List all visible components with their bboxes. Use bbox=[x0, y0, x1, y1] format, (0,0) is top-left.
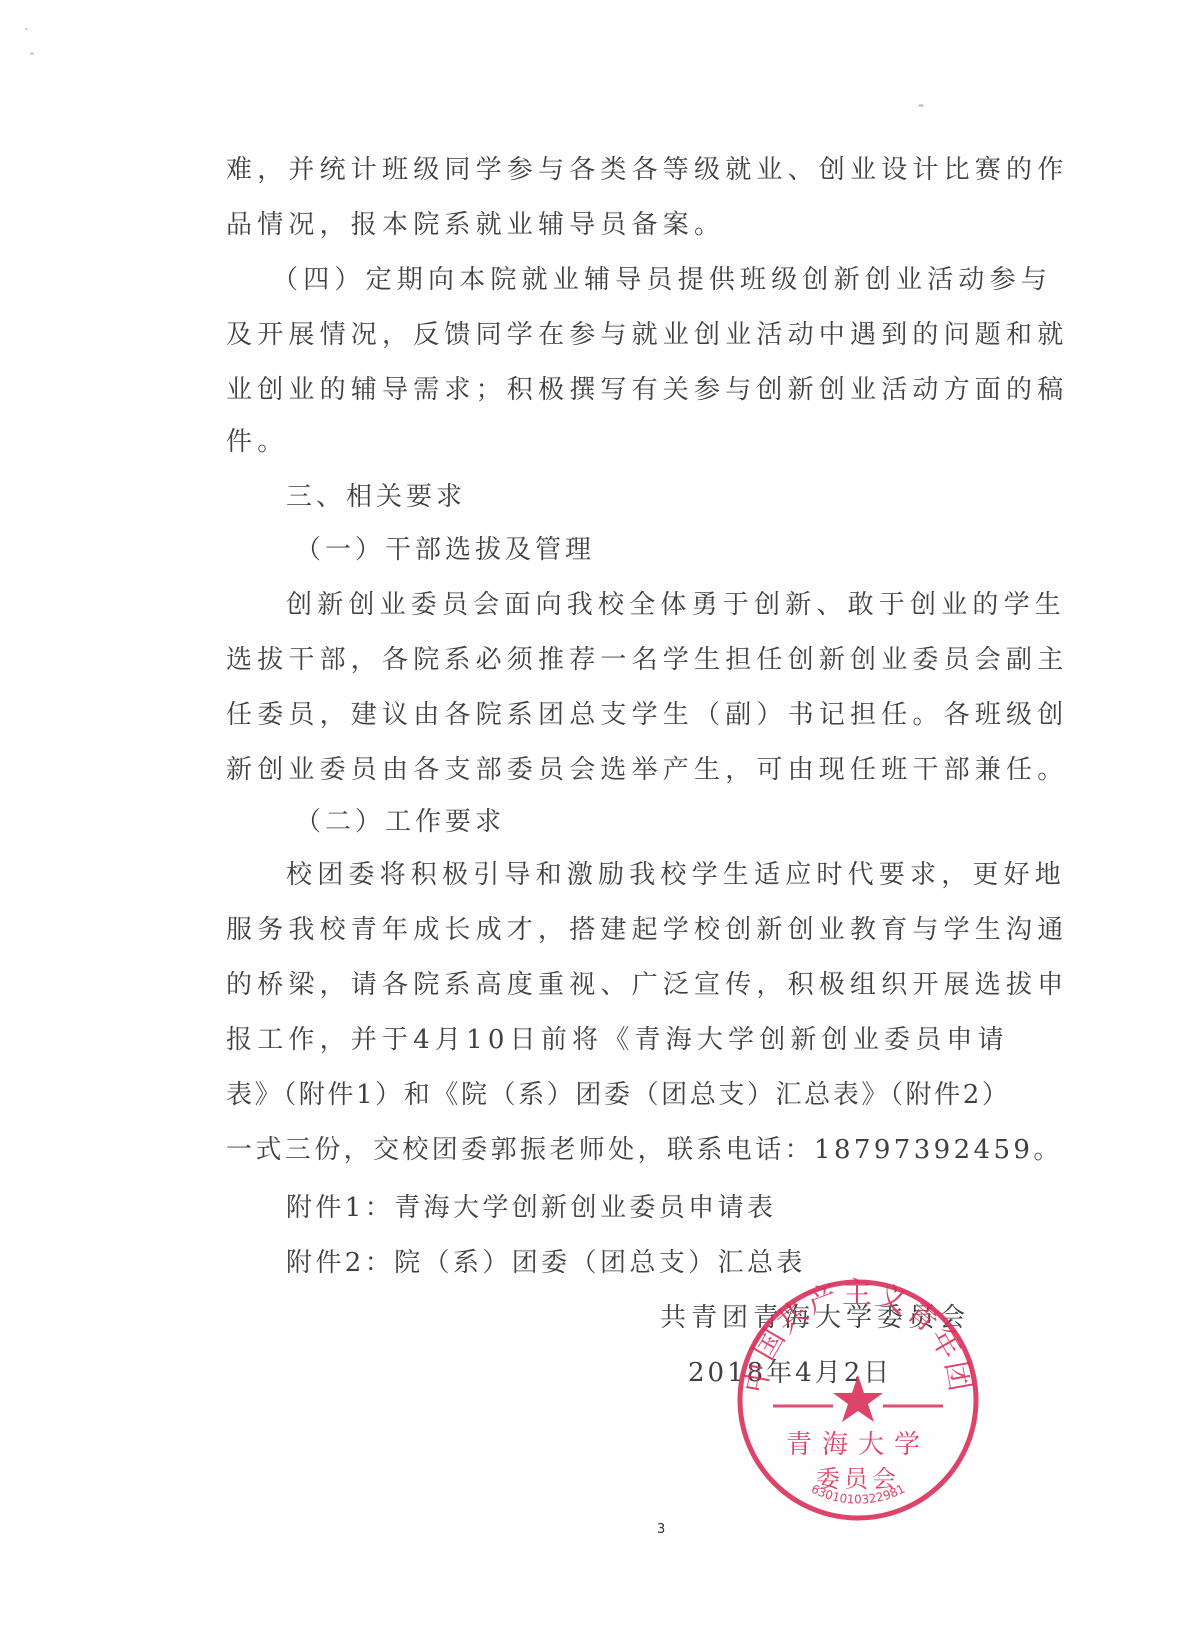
body-line: 件。 bbox=[226, 427, 288, 457]
body-line-contact: 一式三份，交校团委郭振老师处，联系电话：18797392459。 bbox=[226, 1135, 1063, 1165]
body-line: 校团委将积极引导和激励我校学生适应时代要求，更好地 bbox=[286, 860, 1066, 890]
subsection-heading-work: （二）工作要求 bbox=[295, 807, 505, 837]
page-number: 3 bbox=[657, 1522, 665, 1537]
body-line: 新创业委员由各支部委员会选举产生，可由现任班干部兼任。 bbox=[226, 755, 1068, 785]
section-heading-requirements: 三、相关要求 bbox=[286, 482, 466, 512]
body-line: 任委员，建议由各院系团总支学生（副）书记担任。各班级创 bbox=[226, 700, 1068, 730]
body-line: 服务我校青年成长成才，搭建起学校创新创业教育与学生沟通 bbox=[226, 915, 1068, 945]
body-line: 表》（附件1）和《院（系）团委（团总支）汇总表》（附件2） bbox=[226, 1080, 1011, 1110]
scan-speck bbox=[918, 104, 924, 107]
body-line: 报工作，并于4月10日前将《青海大学创新创业委员申请 bbox=[226, 1025, 1009, 1055]
attachment-1: 附件1：青海大学创新创业委员申请表 bbox=[286, 1193, 776, 1223]
body-line: 业创业的辅导需求；积极撰写有关参与创新创业活动方面的稿 bbox=[226, 375, 1068, 405]
scan-speck bbox=[30, 52, 34, 55]
attachment-2: 附件2：院（系）团委（团总支）汇总表 bbox=[286, 1248, 806, 1278]
body-line: 创新创业委员会面向我校全体勇于创新、敢于创业的学生 bbox=[286, 590, 1066, 620]
document-page: 难，并统计班级同学参与各类各等级就业、创业设计比赛的作 品情况，报本院系就业辅导… bbox=[0, 0, 1200, 1650]
body-line: 选拔干部，各院系必须推荐一名学生担任创新创业委员会副主 bbox=[226, 645, 1068, 675]
body-line: 品情况，报本院系就业辅导员备案。 bbox=[226, 210, 725, 240]
scan-speck bbox=[25, 28, 28, 30]
paragraph-four-start: （四）定期向本院就业辅导员提供班级创新创业活动参与 bbox=[272, 265, 1052, 295]
subsection-heading-selection: （一）干部选拔及管理 bbox=[295, 535, 595, 565]
body-line: 的桥梁，请各院系高度重视、广泛宣传，积极组织开展选拔申 bbox=[226, 970, 1068, 1000]
body-line: 难，并统计班级同学参与各类各等级就业、创业设计比赛的作 bbox=[226, 155, 1068, 185]
svg-text:青海大学: 青海大学 bbox=[786, 1430, 930, 1460]
body-line: 及开展情况，反馈同学在参与就业创业活动中遇到的问题和就 bbox=[226, 320, 1068, 350]
official-seal-icon: 中国共产主义青年团 青海大学 委员会 6301010322981 bbox=[733, 1275, 983, 1525]
